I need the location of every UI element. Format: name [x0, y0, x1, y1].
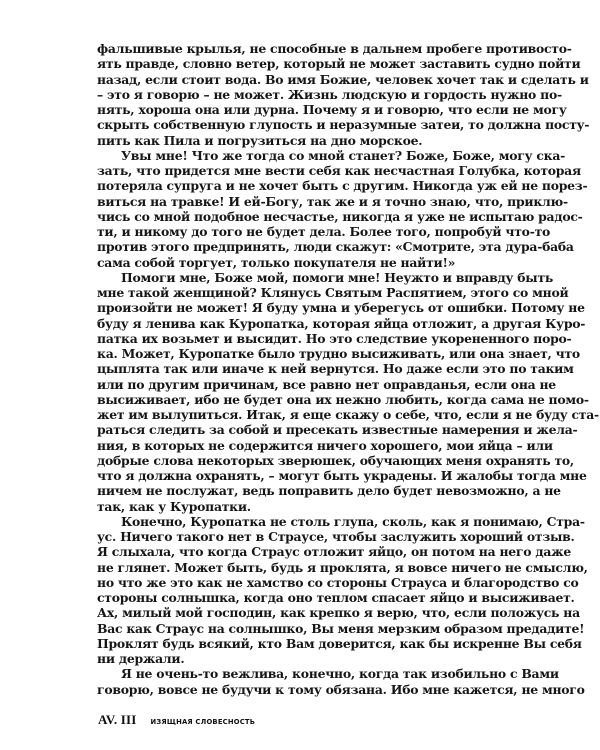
text-line: ка. Может, Куропатке было трудно высижив…	[97, 346, 509, 361]
page-footer: AV. III ИЗЯЩНАЯ СЛОВЕСНОСТЬ	[98, 712, 255, 728]
text-line: ять правде, словно ветер, который не мож…	[97, 56, 509, 71]
text-line: произойти не может! Я буду умна и уберег…	[97, 300, 509, 315]
paragraph: Увы мне! Что же тогда со мной станет? Бо…	[97, 148, 509, 270]
text-line: Увы мне! Что же тогда со мной станет? Бо…	[97, 148, 509, 163]
text-line: Ах, милый мой господин, как крепко я вер…	[97, 605, 509, 620]
text-line: буду я ленива как Куропатка, которая яйц…	[97, 316, 509, 331]
text-line: Я не очень-то вежлива, конечно, когда та…	[97, 666, 509, 681]
text-line: жет им вылупиться. Итак, я еще скажу о с…	[97, 407, 509, 422]
paragraph: Конечно, Куропатка не столь глупа, сколь…	[97, 514, 509, 667]
body-text: фальшивые крылья, не способные в дальнем…	[97, 41, 509, 697]
text-line: скрыть собственную глупость и неразумные…	[97, 117, 509, 132]
text-line: Вас как Страус на солнышко, Вы меня мерз…	[97, 621, 509, 636]
text-line: цыплята так или иначе к ней вернутся. Но…	[97, 361, 509, 376]
text-line: виться на травке! И ей-Богу, так же и я …	[97, 194, 509, 209]
text-line: стороны солнышка, когда оно теплом спаса…	[97, 590, 509, 605]
text-line: раться следить за собой и пресекать изве…	[97, 422, 509, 437]
text-line: Я слыхала, что когда Страус отложит яйцо…	[97, 544, 509, 559]
text-line: так, как у Куропатки.	[97, 499, 509, 514]
text-line: пить как Пила и погрузиться на дно морск…	[97, 133, 509, 148]
text-line: нять, хороша она или дурна. Почему я и г…	[97, 102, 509, 117]
text-line: высиживает, ибо не будет она их нежно лю…	[97, 392, 509, 407]
page-number: AV. III	[98, 712, 137, 728]
text-line: ти, и никому до того не будет дела. Боле…	[97, 224, 509, 239]
paragraph: Помоги мне, Боже мой, помоги мне! Неужто…	[97, 270, 509, 514]
text-line: ничем не послужат, ведь поправить дело б…	[97, 483, 509, 498]
text-line: что я должна охранять, – могут быть укра…	[97, 468, 509, 483]
text-line: Проклят будь всякий, кто Вам доверится, …	[97, 636, 509, 651]
text-line: ния, в которых не содержится ничего хоро…	[97, 438, 509, 453]
text-line: сама собой торгует, только покупателя не…	[97, 255, 509, 270]
text-line: ни держали.	[97, 651, 509, 666]
book-page: фальшивые крылья, не способные в дальнем…	[0, 0, 600, 750]
text-line: фальшивые крылья, не способные в дальнем…	[97, 41, 509, 56]
text-line: чись со мной подобное несчастье, никогда…	[97, 209, 509, 224]
text-line: потеряла супруга и не хочет быть с други…	[97, 178, 509, 193]
text-line: Конечно, Куропатка не столь глупа, сколь…	[97, 514, 509, 529]
text-line: мне такой женщиной? Клянусь Святым Распя…	[97, 285, 509, 300]
text-line: говорю, вовсе не будучи к тому обязана. …	[97, 682, 509, 697]
text-line: Помоги мне, Боже мой, помоги мне! Неужто…	[97, 270, 509, 285]
paragraph: фальшивые крылья, не способные в дальнем…	[97, 41, 509, 148]
text-line: зать, что придется мне вести себя как не…	[97, 163, 509, 178]
text-line: добрые слова некоторых зверюшек, обучающ…	[97, 453, 509, 468]
text-line: или по другим причинам, все равно нет оп…	[97, 377, 509, 392]
text-line: – это я говорю – не может. Жизнь людскую…	[97, 87, 509, 102]
running-title: ИЗЯЩНАЯ СЛОВЕСНОСТЬ	[151, 718, 256, 726]
text-line: патка их возьмет и высидит. Но это следс…	[97, 331, 509, 346]
text-line: ус. Ничего такого нет в Страусе, чтобы з…	[97, 529, 509, 544]
text-line: назад, если стоит вода. Во имя Божие, че…	[97, 72, 509, 87]
text-line: против этого предпринять, люди скажут: «…	[97, 239, 509, 254]
paragraph: Я не очень-то вежлива, конечно, когда та…	[97, 666, 509, 697]
text-line: не глянет. Может быть, будь я проклята, …	[97, 560, 509, 575]
text-line: но что же это как не хамство со стороны …	[97, 575, 509, 590]
